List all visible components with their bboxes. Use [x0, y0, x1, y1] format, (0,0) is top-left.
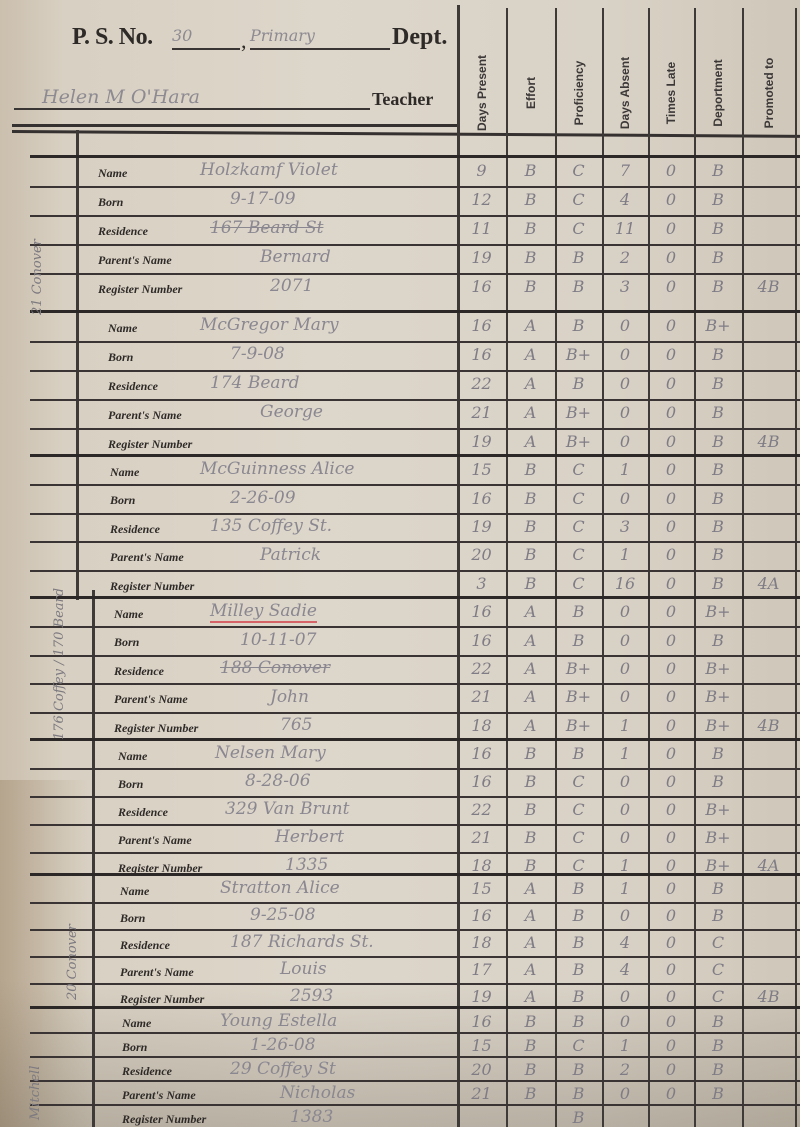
- grade-cell-days-present: 16: [457, 489, 506, 508]
- grade-cell-effort: A: [506, 403, 555, 422]
- grade-cell-days-absent: 1: [602, 460, 648, 479]
- grade-cell-days-present: 3: [457, 574, 506, 593]
- ps-number: 30: [172, 26, 240, 50]
- row-divider: [30, 655, 800, 657]
- field-value-residence: 188 Conover: [220, 658, 330, 678]
- grade-cell-effort: B: [506, 1036, 555, 1055]
- grade-cell-days-absent: 2: [602, 248, 648, 267]
- column-header-label: Days Present: [475, 55, 489, 131]
- grade-cell-days-absent: 0: [602, 687, 648, 706]
- field-value-parent: Bernard: [260, 247, 331, 267]
- grade-cell-proficiency: B+: [555, 403, 602, 422]
- grade-cell-promoted-to: 4B: [742, 432, 795, 451]
- grade-cell-days-absent: 0: [602, 403, 648, 422]
- grade-cell-days-absent: 0: [602, 316, 648, 335]
- field-value-register: 2593: [290, 986, 333, 1006]
- block-divider: [30, 738, 800, 741]
- field-label-residence: Residence: [122, 1064, 172, 1079]
- grade-cell-days-absent: 11: [602, 219, 648, 238]
- grade-cell-days-absent: 1: [602, 879, 648, 898]
- field-label-name: Name: [122, 1016, 151, 1031]
- grade-cell-proficiency: C: [555, 190, 602, 209]
- grade-cell-times-late: 0: [648, 987, 694, 1006]
- row-divider: [30, 1080, 800, 1082]
- grade-cell-days-absent: 0: [602, 432, 648, 451]
- field-label-parent: Parent's Name: [118, 833, 192, 848]
- grade-cell-deportment: B: [694, 403, 742, 422]
- grade-cell-effort: B: [506, 161, 555, 180]
- grade-cell-proficiency: B+: [555, 345, 602, 364]
- grade-cell-proficiency: C: [555, 489, 602, 508]
- grade-cell-days-absent: 0: [602, 374, 648, 393]
- column-header-label: Proficiency: [572, 61, 586, 126]
- grade-cell-times-late: 0: [648, 574, 694, 593]
- grade-cell-deportment: B: [694, 744, 742, 763]
- row-divider: [30, 273, 800, 275]
- margin-note: 20 Conover: [65, 924, 80, 1000]
- row-divider: [30, 929, 800, 931]
- grade-cell-times-late: 0: [648, 248, 694, 267]
- grade-cell-days-absent: 3: [602, 517, 648, 536]
- field-label-born: Born: [110, 493, 135, 508]
- grade-cell-days-present: 21: [457, 687, 506, 706]
- grade-cell-days-present: 20: [457, 545, 506, 564]
- grade-cell-deportment: B: [694, 631, 742, 650]
- field-label-residence: Residence: [108, 379, 158, 394]
- grade-cell-effort: A: [506, 316, 555, 335]
- grade-cell-proficiency: B+: [555, 432, 602, 451]
- grade-cell-times-late: 0: [648, 190, 694, 209]
- field-label-parent: Parent's Name: [108, 408, 182, 423]
- grade-cell-days-present: 21: [457, 828, 506, 847]
- field-value-parent: John: [270, 687, 309, 707]
- field-label-name: Name: [110, 465, 139, 480]
- grade-cell-deportment: B: [694, 1012, 742, 1031]
- grade-cell-deportment: B: [694, 190, 742, 209]
- grade-cell-deportment: B: [694, 432, 742, 451]
- grade-cell-times-late: 0: [648, 345, 694, 364]
- row-divider: [30, 244, 800, 246]
- field-label-parent: Parent's Name: [110, 550, 184, 565]
- grade-cell-days-absent: 16: [602, 574, 648, 593]
- field-value-name: Stratton Alice: [220, 878, 340, 898]
- grade-cell-deportment: B: [694, 574, 742, 593]
- row-divider: [30, 852, 800, 854]
- row-divider: [30, 215, 800, 217]
- grade-cell-times-late: 0: [648, 277, 694, 296]
- grade-cell-times-late: 0: [648, 960, 694, 979]
- row-divider: [30, 428, 800, 430]
- grade-cell-proficiency: C: [555, 161, 602, 180]
- grade-cell-effort: A: [506, 933, 555, 952]
- grade-cell-days-present: 9: [457, 161, 506, 180]
- row-divider: [30, 902, 800, 904]
- grade-cell-proficiency: B: [555, 248, 602, 267]
- margin-divider: [76, 130, 79, 600]
- teacher-value: Helen M O'Hara: [14, 86, 370, 110]
- field-value-name: Nelsen Mary: [215, 743, 326, 763]
- column-header-days-present: Days Present: [457, 0, 506, 150]
- grade-cell-proficiency: B: [555, 1084, 602, 1103]
- field-label-residence: Residence: [114, 664, 164, 679]
- grade-cell-days-present: 19: [457, 432, 506, 451]
- field-label-name: Name: [120, 884, 149, 899]
- grade-cell-effort: B: [506, 219, 555, 238]
- grade-cell-effort: B: [506, 545, 555, 564]
- grade-cell-days-absent: 0: [602, 987, 648, 1006]
- grade-cell-times-late: 0: [648, 517, 694, 536]
- grade-cell-deportment: B: [694, 345, 742, 364]
- grade-cell-times-late: 0: [648, 545, 694, 564]
- field-value-register: 2071: [270, 276, 313, 296]
- field-label-name: Name: [118, 749, 147, 764]
- grade-cell-deportment: B: [694, 772, 742, 791]
- row-divider: [30, 341, 800, 343]
- margin-note: 176 Coffey / 170 Beard: [52, 588, 67, 740]
- field-label-register: Register Number: [98, 282, 182, 297]
- grade-cell-proficiency: C: [555, 1036, 602, 1055]
- grade-cell-days-present: 18: [457, 933, 506, 952]
- field-value-residence: 135 Coffey St.: [210, 516, 332, 536]
- grade-cell-days-present: 12: [457, 190, 506, 209]
- grade-cell-days-absent: 0: [602, 1012, 648, 1031]
- grade-cell-days-absent: 0: [602, 489, 648, 508]
- grade-cell-days-absent: 2: [602, 1060, 648, 1079]
- grade-cell-effort: A: [506, 906, 555, 925]
- row-divider: [30, 683, 800, 685]
- grade-cell-days-present: 15: [457, 879, 506, 898]
- grade-cell-effort: B: [506, 800, 555, 819]
- row-divider: [30, 983, 800, 985]
- grade-cell-proficiency: B+: [555, 716, 602, 735]
- grade-cell-times-late: 0: [648, 1084, 694, 1103]
- field-value-name: McGregor Mary: [200, 315, 339, 335]
- field-value-register: 765: [280, 715, 312, 735]
- grade-cell-times-late: 0: [648, 1012, 694, 1031]
- row-divider: [30, 796, 800, 798]
- register-page: P. S. No. 30 , Primary Dept. Helen M O'H…: [0, 0, 800, 1127]
- block-divider: [30, 596, 800, 599]
- field-value-born: 10-11-07: [240, 630, 316, 650]
- grade-cell-proficiency: B: [555, 1060, 602, 1079]
- column-header-times-late: Times Late: [648, 0, 694, 150]
- row-divider: [30, 1056, 800, 1058]
- grade-cell-deportment: B: [694, 1036, 742, 1055]
- field-value-born: 9-25-08: [250, 905, 316, 925]
- grade-cell-effort: B: [506, 828, 555, 847]
- grade-cell-proficiency: B: [555, 906, 602, 925]
- grade-cell-days-present: 20: [457, 1060, 506, 1079]
- grade-cell-days-present: 16: [457, 772, 506, 791]
- grade-cell-proficiency: B: [555, 987, 602, 1006]
- field-value-name: Young Estella: [220, 1011, 337, 1031]
- grade-cell-proficiency: B+: [555, 659, 602, 678]
- grade-cell-proficiency: B: [555, 316, 602, 335]
- grade-cell-deportment: B+: [694, 659, 742, 678]
- column-header-label: Deportment: [711, 59, 725, 126]
- grade-cell-deportment: B: [694, 460, 742, 479]
- field-label-parent: Parent's Name: [122, 1088, 196, 1103]
- grade-cell-times-late: 0: [648, 219, 694, 238]
- block-divider: [30, 454, 800, 457]
- grade-cell-days-absent: 0: [602, 800, 648, 819]
- grade-cell-proficiency: B: [555, 879, 602, 898]
- grade-cell-promoted-to: 4B: [742, 987, 795, 1006]
- grade-cell-days-absent: 4: [602, 190, 648, 209]
- grade-cell-days-present: 16: [457, 906, 506, 925]
- field-label-register: Register Number: [114, 721, 198, 736]
- grade-cell-days-absent: 1: [602, 1036, 648, 1055]
- grade-cell-deportment: B+: [694, 716, 742, 735]
- row-divider: [30, 712, 800, 714]
- field-label-parent: Parent's Name: [114, 692, 188, 707]
- field-label-residence: Residence: [98, 224, 148, 239]
- grade-cell-effort: A: [506, 716, 555, 735]
- grade-cell-days-absent: 0: [602, 772, 648, 791]
- teacher-label: Teacher: [372, 89, 433, 110]
- grade-cell-deportment: B: [694, 545, 742, 564]
- grade-cell-days-absent: 0: [602, 1084, 648, 1103]
- field-label-parent: Parent's Name: [98, 253, 172, 268]
- grade-cell-effort: B: [506, 1060, 555, 1079]
- grade-cell-effort: B: [506, 772, 555, 791]
- header-rule: [12, 124, 457, 127]
- grade-cell-effort: A: [506, 432, 555, 451]
- grade-cell-times-late: 0: [648, 933, 694, 952]
- grade-cell-effort: A: [506, 687, 555, 706]
- grade-cell-effort: A: [506, 631, 555, 650]
- field-value-name: McGuinness Alice: [200, 459, 354, 479]
- grade-cell-deportment: B+: [694, 687, 742, 706]
- field-value-born: 2-26-09: [230, 488, 296, 508]
- grade-cell-effort: B: [506, 574, 555, 593]
- grade-cell-days-present: 22: [457, 374, 506, 393]
- grade-cell-times-late: 0: [648, 1036, 694, 1055]
- grade-cell-times-late: 0: [648, 659, 694, 678]
- grade-cell-days-absent: 4: [602, 960, 648, 979]
- grade-cell-times-late: 0: [648, 906, 694, 925]
- grade-cell-proficiency: B: [555, 744, 602, 763]
- grade-cell-effort: B: [506, 190, 555, 209]
- field-value-residence: 29 Coffey St: [230, 1059, 336, 1079]
- column-divider: [742, 8, 744, 1127]
- grade-cell-deportment: B: [694, 374, 742, 393]
- grade-cell-effort: B: [506, 277, 555, 296]
- grade-cell-effort: B: [506, 517, 555, 536]
- grade-cell-promoted-to: 4A: [742, 574, 795, 593]
- grade-cell-days-present: 22: [457, 659, 506, 678]
- field-value-residence: 329 Van Brunt: [225, 799, 349, 819]
- row-divider: [30, 399, 800, 401]
- field-value-parent: George: [260, 402, 323, 422]
- grade-cell-proficiency: C: [555, 545, 602, 564]
- grade-cell-proficiency: B: [555, 1108, 602, 1127]
- grade-cell-days-absent: 0: [602, 602, 648, 621]
- grade-cell-effort: A: [506, 602, 555, 621]
- grade-cell-times-late: 0: [648, 316, 694, 335]
- grade-cell-deportment: C: [694, 987, 742, 1006]
- grade-cell-deportment: B: [694, 489, 742, 508]
- grade-cell-days-present: 17: [457, 960, 506, 979]
- grade-cell-times-late: 0: [648, 1060, 694, 1079]
- row-divider: [30, 570, 800, 572]
- grade-cell-proficiency: B: [555, 933, 602, 952]
- field-label-name: Name: [114, 607, 143, 622]
- column-header-label: Promoted to: [762, 58, 776, 129]
- grade-cell-proficiency: C: [555, 574, 602, 593]
- grade-cell-times-late: 0: [648, 403, 694, 422]
- row-divider: [30, 956, 800, 958]
- field-value-register: 1383: [290, 1107, 333, 1127]
- grade-cell-days-present: 11: [457, 219, 506, 238]
- grade-cell-days-absent: 0: [602, 906, 648, 925]
- field-value-parent: Herbert: [275, 827, 344, 847]
- grade-cell-days-present: 21: [457, 1084, 506, 1103]
- field-label-born: Born: [108, 350, 133, 365]
- grade-cell-deportment: B: [694, 1060, 742, 1079]
- field-label-born: Born: [120, 911, 145, 926]
- grade-cell-days-present: 16: [457, 316, 506, 335]
- field-label-residence: Residence: [110, 522, 160, 537]
- grade-cell-days-present: 22: [457, 800, 506, 819]
- ps-label: P. S. No.: [72, 24, 153, 51]
- grade-cell-days-absent: 7: [602, 161, 648, 180]
- grade-cell-proficiency: C: [555, 772, 602, 791]
- grade-cell-proficiency: B: [555, 374, 602, 393]
- grade-cell-times-late: 0: [648, 800, 694, 819]
- grade-cell-days-present: 16: [457, 1012, 506, 1031]
- block-divider: [30, 155, 800, 158]
- grade-cell-times-late: 0: [648, 602, 694, 621]
- column-header-label: Effort: [524, 77, 538, 109]
- field-label-born: Born: [98, 195, 123, 210]
- grade-cell-effort: B: [506, 489, 555, 508]
- field-label-residence: Residence: [120, 938, 170, 953]
- margin-note: 21 Conover: [30, 239, 45, 315]
- field-value-parent: Patrick: [260, 545, 321, 565]
- column-header-effort: Effort: [506, 0, 555, 150]
- grade-cell-days-absent: 1: [602, 545, 648, 564]
- grade-cell-proficiency: C: [555, 828, 602, 847]
- grade-cell-deportment: B: [694, 161, 742, 180]
- grade-cell-times-late: 0: [648, 879, 694, 898]
- grade-cell-times-late: 0: [648, 374, 694, 393]
- field-label-parent: Parent's Name: [120, 965, 194, 980]
- grade-cell-effort: A: [506, 960, 555, 979]
- grade-cell-times-late: 0: [648, 828, 694, 847]
- grade-cell-deportment: B+: [694, 800, 742, 819]
- block-divider: [30, 310, 800, 313]
- grade-cell-times-late: 0: [648, 631, 694, 650]
- grade-cell-days-absent: 0: [602, 345, 648, 364]
- grade-cell-times-late: 0: [648, 772, 694, 791]
- column-header-proficiency: Proficiency: [555, 0, 602, 150]
- grade-cell-effort: A: [506, 345, 555, 364]
- grade-cell-times-late: 0: [648, 161, 694, 180]
- grade-cell-effort: A: [506, 879, 555, 898]
- grade-cell-proficiency: B: [555, 277, 602, 296]
- grade-cell-proficiency: C: [555, 219, 602, 238]
- grade-cell-proficiency: C: [555, 800, 602, 819]
- column-header-days-absent: Days Absent: [602, 0, 648, 150]
- field-value-residence: 167 Beard St: [210, 218, 323, 238]
- grade-cell-days-present: 16: [457, 602, 506, 621]
- grade-cell-days-present: 18: [457, 716, 506, 735]
- grade-cell-days-present: 16: [457, 277, 506, 296]
- grade-cell-days-present: 15: [457, 1036, 506, 1055]
- grade-cell-proficiency: C: [555, 517, 602, 536]
- row-divider: [30, 768, 800, 770]
- field-value-parent: Louis: [280, 959, 327, 979]
- field-value-name: Holzkamf Violet: [200, 160, 338, 180]
- row-divider: [30, 824, 800, 826]
- field-label-residence: Residence: [118, 805, 168, 820]
- grade-cell-deportment: B: [694, 219, 742, 238]
- grade-cell-days-present: 16: [457, 744, 506, 763]
- grade-cell-effort: B: [506, 1084, 555, 1103]
- block-divider: [30, 873, 800, 876]
- grade-cell-deportment: B+: [694, 316, 742, 335]
- grade-cell-days-absent: 0: [602, 659, 648, 678]
- field-value-born: 8-28-06: [245, 771, 311, 791]
- grade-cell-times-late: 0: [648, 489, 694, 508]
- field-label-register: Register Number: [122, 1112, 206, 1127]
- grade-cell-effort: A: [506, 987, 555, 1006]
- grade-cell-deportment: B: [694, 879, 742, 898]
- field-value-parent: Nicholas: [280, 1083, 355, 1103]
- grade-cell-effort: B: [506, 744, 555, 763]
- grade-cell-effort: A: [506, 659, 555, 678]
- column-header-label: Times Late: [664, 62, 678, 124]
- grade-cell-days-absent: 1: [602, 744, 648, 763]
- field-label-born: Born: [122, 1040, 147, 1055]
- dept-label: Dept.: [392, 24, 447, 51]
- row-divider: [30, 484, 800, 486]
- grade-cell-deportment: B+: [694, 602, 742, 621]
- grade-cell-times-late: 0: [648, 687, 694, 706]
- grade-cell-days-absent: 1: [602, 716, 648, 735]
- field-label-born: Born: [114, 635, 139, 650]
- grade-cell-proficiency: C: [555, 460, 602, 479]
- row-divider: [30, 541, 800, 543]
- grade-cell-days-absent: 4: [602, 933, 648, 952]
- block-divider: [30, 1006, 800, 1009]
- grade-cell-deportment: B: [694, 906, 742, 925]
- field-label-register: Register Number: [108, 437, 192, 452]
- grade-cell-proficiency: B: [555, 960, 602, 979]
- grade-cell-times-late: 0: [648, 432, 694, 451]
- grade-cell-days-present: 15: [457, 460, 506, 479]
- grade-cell-days-absent: 0: [602, 631, 648, 650]
- field-label-register: Register Number: [110, 579, 194, 594]
- field-value-residence: 187 Richards St.: [230, 932, 374, 952]
- grade-cell-days-present: 19: [457, 987, 506, 1006]
- header-comma: ,: [241, 28, 247, 54]
- column-divider: [795, 8, 797, 1127]
- margin-divider: [92, 590, 95, 1127]
- grade-cell-times-late: 0: [648, 460, 694, 479]
- grade-cell-proficiency: B: [555, 1012, 602, 1031]
- grade-cell-days-present: 19: [457, 517, 506, 536]
- grade-cell-deportment: B: [694, 248, 742, 267]
- field-value-residence: 174 Beard: [210, 373, 300, 393]
- grade-cell-deportment: B: [694, 1084, 742, 1103]
- row-divider: [30, 186, 800, 188]
- field-value-born: 9-17-09: [230, 189, 296, 209]
- grade-cell-promoted-to: 4B: [742, 716, 795, 735]
- column-header-deportment: Deportment: [694, 0, 742, 150]
- grade-cell-deportment: C: [694, 933, 742, 952]
